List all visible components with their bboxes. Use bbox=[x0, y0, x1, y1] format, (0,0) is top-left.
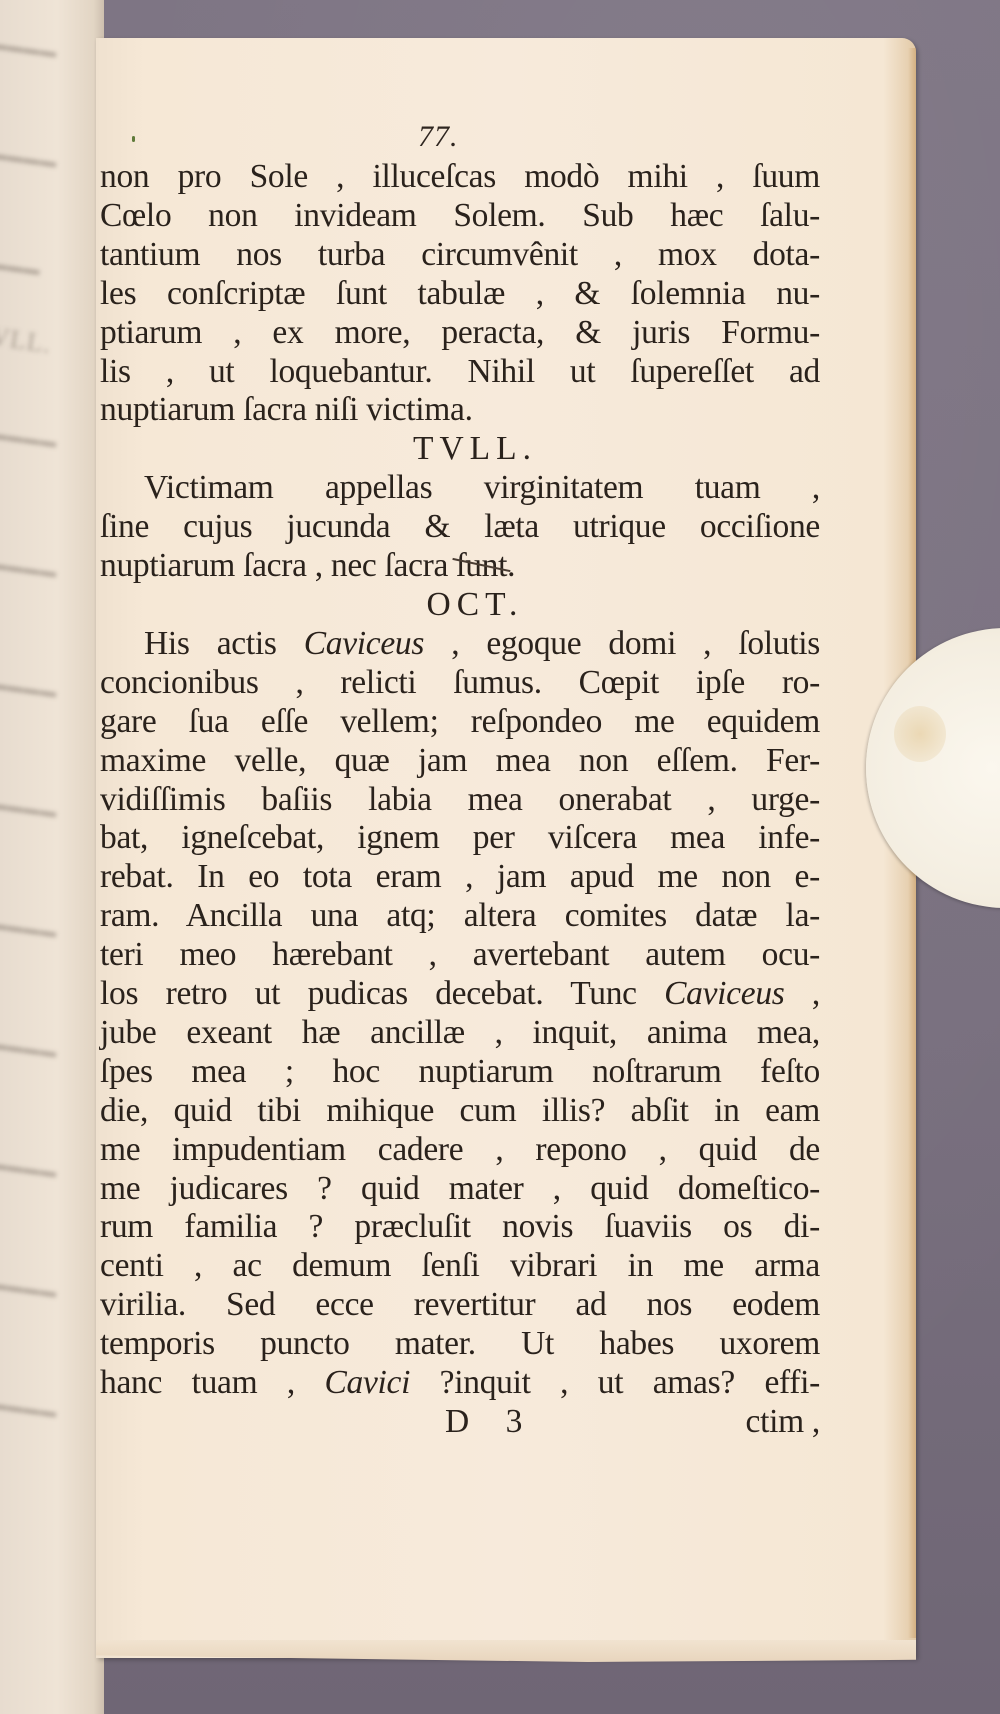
blurred-text: VLL. bbox=[0, 322, 104, 368]
italic-name: Caviceus bbox=[664, 975, 784, 1012]
blurred-text: ━━━━ bbox=[0, 912, 104, 958]
text-line: Victimam appellas virginitatem tuam , bbox=[100, 469, 820, 508]
text-line: me impudentiam cadere , repono , quid de bbox=[100, 1131, 820, 1170]
text-line: ſpes mea ; hoc nuptiarum noſtrarum feſto bbox=[100, 1053, 820, 1092]
struck-word: ſunt bbox=[456, 547, 507, 584]
text-line: jube exeant hæ ancillæ , inquit, anima m… bbox=[100, 1014, 820, 1053]
text-line: hanc tuam , Cavici ?inquit , ut amas? ef… bbox=[100, 1364, 820, 1403]
page-footer: D 3 ctim , bbox=[100, 1403, 820, 1441]
page-body-text: non pro Sole , illuceſcas modò mihi , ſu… bbox=[100, 158, 820, 1441]
text-line: Cœlo non invideam Solem. Sub hæc ſalu- bbox=[100, 197, 820, 236]
blurred-text: ━━━━ bbox=[0, 1152, 104, 1198]
blurred-text: ━━━ bbox=[0, 252, 104, 298]
text-line: temporis puncto mater. Ut habes uxorem bbox=[100, 1325, 820, 1364]
text-line: maxime velle, quæ jam mea non eſſem. Fer… bbox=[100, 742, 820, 781]
text-line: bat, igneſcebat, ignem per viſcera mea i… bbox=[100, 819, 820, 858]
blurred-text: ━━━━ bbox=[0, 672, 104, 718]
blurred-text: ━━━━ bbox=[0, 552, 104, 598]
speaker-heading-oct: OCT. bbox=[100, 586, 820, 625]
page-number: 77. bbox=[418, 120, 459, 154]
italic-name: Cavici bbox=[324, 1364, 410, 1401]
signature-mark: D 3 bbox=[445, 1403, 536, 1442]
text-line: gare ſua eſſe vellem; reſpondeo me equid… bbox=[100, 703, 820, 742]
blurred-text: ━━━━ bbox=[0, 1272, 104, 1318]
text-line: concionibus , relicti ſumus. Cœpit ipſe … bbox=[100, 664, 820, 703]
blurred-text: ━━━━ bbox=[0, 32, 104, 78]
text-segment: los retro ut pudicas decebat. Tunc bbox=[100, 975, 664, 1012]
text-segment: . bbox=[507, 547, 515, 584]
text-line: teri meo hærebant , avertebant autem ocu… bbox=[100, 936, 820, 975]
text-line: lis , ut loquebantur. Nihil ut ſupereſſe… bbox=[100, 353, 820, 392]
text-line: virilia. Sed ecce revertitur ad nos eode… bbox=[100, 1286, 820, 1325]
bookmark-stain bbox=[894, 706, 946, 762]
text-segment: hanc tuam , bbox=[100, 1364, 324, 1401]
text-line: vidiſſimis baſiis labia mea onerabat , u… bbox=[100, 781, 820, 820]
text-line: me judicares ? quid mater , quid domeſti… bbox=[100, 1170, 820, 1209]
text-line: los retro ut pudicas decebat. Tunc Cavic… bbox=[100, 975, 820, 1014]
italic-name: Caviceus bbox=[304, 625, 424, 662]
blurred-text: ━━━━ bbox=[0, 1032, 104, 1078]
text-segment: ?inquit , ut amas? effi- bbox=[410, 1364, 820, 1401]
text-line: rebat. In eo tota eram , jam apud me non… bbox=[100, 858, 820, 897]
facing-page-left: ━━━━ ━━━━ ━━━ VLL. ━━━━ ━━━━ ━━━━ ━━━━ ━… bbox=[0, 0, 104, 1714]
blurred-text: ━━━━ bbox=[0, 422, 104, 468]
text-line: les conſcriptæ ſunt tabulæ , & ſolemnia … bbox=[100, 275, 820, 314]
text-segment: , bbox=[785, 975, 820, 1012]
blurred-text: ━━━━ bbox=[0, 1392, 104, 1438]
text-segment: His actis bbox=[144, 625, 304, 662]
blurred-text: ━━━━ bbox=[0, 792, 104, 838]
text-line: die, quid tibi mihique cum illis? abſit … bbox=[100, 1092, 820, 1131]
text-segment: nuptiarum ſacra , nec ſacra bbox=[100, 547, 456, 584]
text-line: centi , ac demum ſenſi vibrari in me arm… bbox=[100, 1247, 820, 1286]
text-line: non pro Sole , illuceſcas modò mihi , ſu… bbox=[100, 158, 820, 197]
text-line: His actis Caviceus , egoque domi , ſolut… bbox=[100, 625, 820, 664]
blurred-text: ━━━━ bbox=[0, 142, 104, 188]
text-line: tantium nos turba circumvênit , mox dota… bbox=[100, 236, 820, 275]
text-line: rum familia ? præcluſit novis ſuaviis os… bbox=[100, 1208, 820, 1247]
speaker-heading-tull: TVLL. bbox=[100, 430, 820, 469]
text-segment: , egoque domi , ſolutis bbox=[424, 625, 820, 662]
text-line: ſine cujus jucunda & læta utrique occiſi… bbox=[100, 508, 820, 547]
text-line: ptiarum , ex more, peracta, & juris Form… bbox=[100, 314, 820, 353]
ink-speck bbox=[132, 136, 135, 142]
text-line: nuptiarum ſacra , nec ſacra ſunt. bbox=[100, 547, 820, 586]
text-line: nuptiarum ſacra niſi victima. bbox=[100, 391, 820, 430]
text-line: ram. Ancilla una atq; altera comites dat… bbox=[100, 897, 820, 936]
catchword: ctim , bbox=[746, 1403, 821, 1442]
